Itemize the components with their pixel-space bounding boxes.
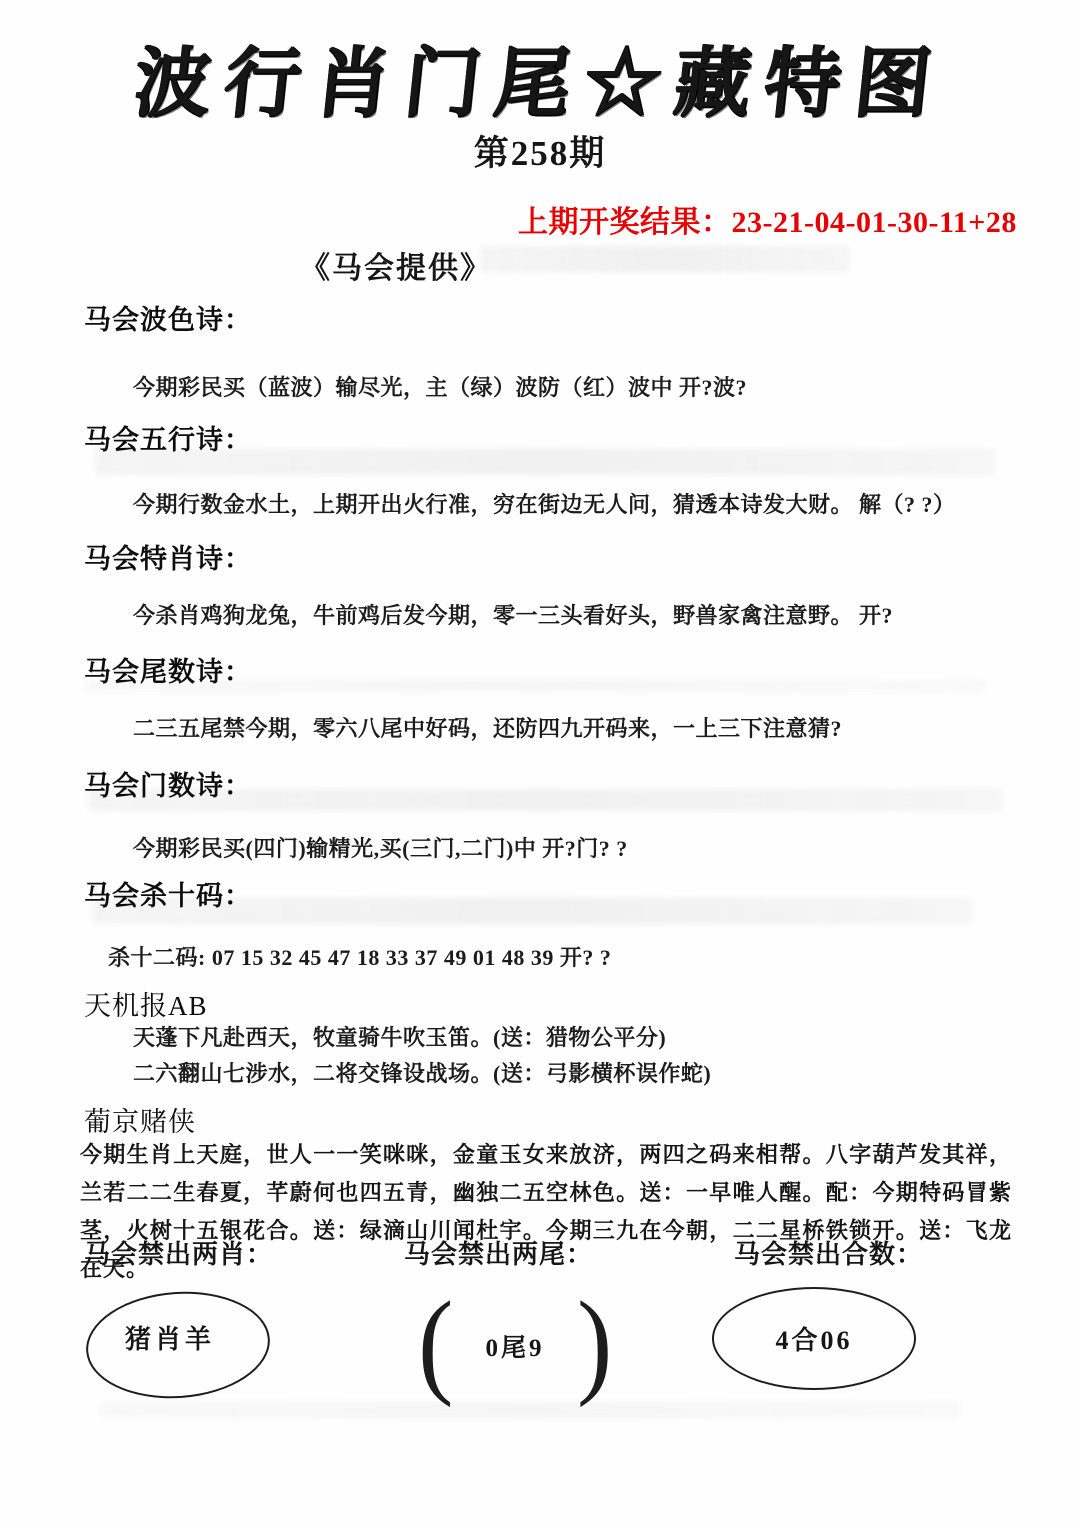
bose-poem-verse: 今期彩民买（蓝波）输尽光，主（绿）波防（红）波中 开?波?	[133, 371, 747, 402]
page-title: 波行肖门尾☆藏特图	[0, 22, 1080, 131]
watermark-band	[480, 246, 850, 272]
issue-number: 第258期	[0, 126, 1080, 176]
last-draw-result-label: 上期开奖结果：	[518, 206, 732, 239]
forbidden-zodiac-heading: 马会禁出两肖：	[84, 1234, 273, 1271]
tianji-line-2: 二六翻山七涉水，二将交锋设战场。(送：弓影横杯误作蛇)	[133, 1057, 711, 1088]
forbidden-tail-parentheses: ( 0尾9 )	[416, 1293, 614, 1391]
forbidden-sum-value: 4合06	[775, 1320, 852, 1357]
wuxing-poem-heading: 马会五行诗：	[84, 418, 252, 457]
texiao-poem-verse: 今杀肖鸡狗龙兔，牛前鸡后发今期，零一三头看好头，野兽家禽注意野。 开?	[133, 599, 893, 630]
tianji-line-1: 天蓬下凡赴西天，牧童骑牛吹玉笛。(送：猎物公平分)	[133, 1021, 666, 1052]
forbidden-tail-heading: 马会禁出两尾：	[404, 1234, 593, 1271]
texiao-poem-heading: 马会特肖诗：	[84, 537, 252, 576]
forbidden-tail-value: 0尾9	[485, 1328, 544, 1364]
forbidden-zodiac-value: 猪肖羊	[125, 1319, 215, 1356]
tianji-heading: 天机报AB	[84, 984, 208, 1023]
shashima-numbers: 杀十二码: 07 15 32 45 47 18 33 37 49 01 48 3…	[108, 941, 611, 972]
forbidden-zodiac-ellipse: 猪肖羊	[83, 1286, 274, 1405]
right-parenthesis-shape: )	[577, 1295, 612, 1390]
watermark-band	[100, 1402, 960, 1418]
wuxing-poem-verse: 今期行数金水土，上期开出火行准，穷在街边无人问，猜透本诗发大财。 解（? ?）	[133, 488, 956, 519]
pujing-heading: 葡京赌侠	[84, 1100, 196, 1139]
weishu-poem-heading: 马会尾数诗：	[84, 650, 252, 689]
shashima-heading: 马会杀十码：	[84, 874, 252, 913]
forbidden-sum-ellipse: 4合06	[712, 1287, 916, 1390]
left-parenthesis-shape: (	[418, 1295, 453, 1390]
menshu-poem-heading: 马会门数诗：	[84, 764, 252, 803]
last-draw-result: 上期开奖结果：23-21-04-01-30-11+28	[518, 197, 1017, 241]
menshu-poem-verse: 今期彩民买(四门)输精光,买(三门,二门)中 开?门? ?	[133, 832, 628, 863]
last-draw-result-numbers: 23-21-04-01-30-11+28	[732, 206, 1017, 239]
lottery-tip-sheet: 波行肖门尾☆藏特图 第258期 上期开奖结果：23-21-04-01-30-11…	[0, 0, 1080, 1527]
bose-poem-heading: 马会波色诗：	[84, 298, 252, 337]
forbidden-sum-heading: 马会禁出合数：	[734, 1234, 923, 1271]
source-label: 《马会提供》	[300, 243, 492, 287]
weishu-poem-verse: 二三五尾禁今期，零六八尾中好码，还防四九开码来，一上三下注意猜?	[133, 712, 842, 743]
